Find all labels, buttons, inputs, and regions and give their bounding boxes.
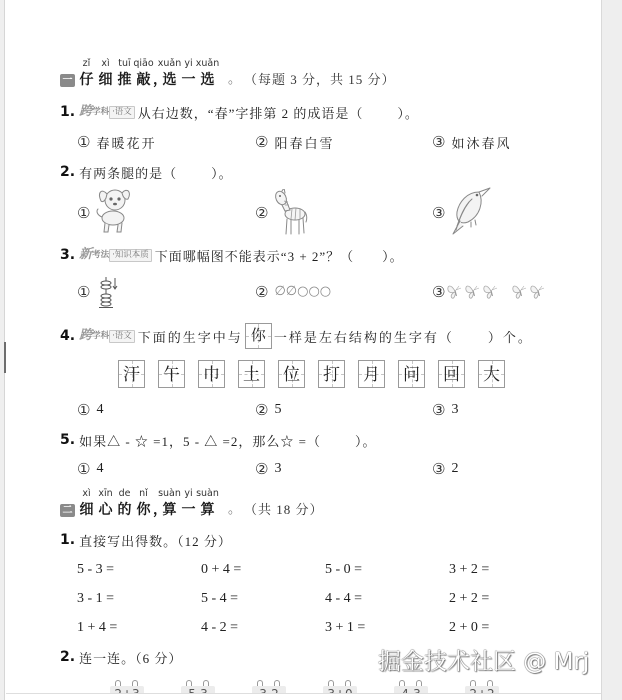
option-mark: ② <box>255 283 268 301</box>
question-close: ）。 <box>355 431 377 450</box>
pinyin: de <box>119 488 131 500</box>
heading-comma: ， <box>153 72 160 88</box>
bird-image <box>449 184 491 236</box>
heading-char: xì细 <box>77 502 96 518</box>
question-number: 2. <box>60 163 75 181</box>
calc-row: 1 + 4 = 4 - 2 = 3 + 1 = 2 + 0 = <box>77 619 573 648</box>
heading-period: 。 <box>228 72 242 88</box>
question-close: ）。 <box>211 163 233 182</box>
section-score: （每题 3 分，共 15 分） <box>244 72 396 88</box>
question-close: ）。 <box>397 103 419 122</box>
expression: 3 + 1 = <box>325 619 449 637</box>
option-text: 4 <box>96 460 103 478</box>
expression: 3 + 2 = <box>449 561 573 579</box>
character-box: 巾 <box>198 360 225 388</box>
option-1: ① 4 <box>77 401 103 419</box>
tag-label: ·语文 <box>109 330 135 343</box>
option-mark: ① <box>77 460 90 478</box>
character-box: 大 <box>478 360 505 388</box>
heading-char: yi一 <box>179 502 198 518</box>
subject-tag: 跨 学科 ·语文 <box>79 329 135 343</box>
question-text: 下面哪幅图不能表示“3 + 2”？（ <box>155 246 354 265</box>
question-number: 4. <box>60 327 75 345</box>
question-text: 一样是左右结构的生字有（ <box>274 327 454 346</box>
pinyin: zǐ <box>83 58 91 70</box>
calculation-grid: 5 - 3 = 0 + 4 = 5 - 0 = 3 + 2 = 3 - 1 = … <box>77 561 573 648</box>
zebra-image <box>272 189 308 235</box>
question-number: 3. <box>60 246 75 264</box>
question-text: 从右边数，“春”字排第 2 的成语是（ <box>138 103 364 122</box>
expression: 5 - 4 = <box>201 590 325 608</box>
option-1: ① 4 <box>77 460 103 478</box>
pinyin: yi <box>184 488 192 500</box>
heading-char: xuǎn选 <box>198 72 217 88</box>
option-mark: ③ <box>432 133 445 151</box>
pinyin: xīn <box>98 488 112 500</box>
heading-char: suàn算 <box>198 502 217 518</box>
expression: 2 + 2 = <box>449 590 573 608</box>
heading-char: xīn心 <box>96 502 115 518</box>
option-mark: ③ <box>432 204 445 222</box>
question-text: 直接写出得数。（12 分） <box>79 531 232 550</box>
section-2-question-2: 2. 连一连。（6 分） <box>60 648 182 666</box>
tag-glyph: 新 <box>79 248 92 262</box>
expression: 0 + 4 = <box>201 561 325 579</box>
option-2: ② 3 <box>255 460 281 478</box>
question-text: 如果△ - ☆ =1，5 - △ =2，那么☆ =（ <box>79 431 321 450</box>
pinyin: suàn <box>158 488 181 500</box>
expression: 4 - 4 = <box>325 590 449 608</box>
option-mark: ② <box>255 204 268 222</box>
expression: 2 + 0 = <box>449 619 573 637</box>
expression: 3 - 1 = <box>77 590 201 608</box>
character-box: 回 <box>438 360 465 388</box>
character-box: 土 <box>238 360 265 388</box>
pinyin: yi <box>184 58 192 70</box>
heading-char: xì细 <box>96 72 115 88</box>
section-2-question-1: 1. 直接写出得数。（12 分） <box>60 531 232 549</box>
option-mark: ① <box>77 283 90 301</box>
option-3: ③ 2 <box>432 460 458 478</box>
heading-period: 。 <box>228 502 242 518</box>
matching-cards: 2+3 5-3 3-2 3+0 4-3 2+2 <box>0 678 601 693</box>
question-text: 下面的生字中与 <box>138 327 243 346</box>
tag-label: ·语文 <box>109 106 135 119</box>
question-text: 连一连。（6 分） <box>79 648 182 667</box>
option-mark: ② <box>255 401 268 419</box>
option-mark: ② <box>255 460 268 478</box>
subject-tag: 跨 学科 ·语文 <box>79 105 135 119</box>
option-1: ① <box>77 283 96 301</box>
section-score: （共 18 分） <box>244 502 324 518</box>
option-mark: ③ <box>432 460 445 478</box>
pinyin: xuǎn <box>158 58 182 70</box>
question-3: 3. 新 考法 ·知识本质 下面哪幅图不能表示“3 + 2”？（ ）。 <box>60 246 404 264</box>
tag-glyph: 跨 <box>79 105 92 119</box>
question-number: 5. <box>60 431 75 449</box>
heading-char: suàn算 <box>160 502 179 518</box>
boxed-character: 你 <box>245 323 272 349</box>
expression-card: 5-3 <box>181 678 215 693</box>
option-text: 4 <box>96 401 103 419</box>
pinyin: xì <box>82 488 90 500</box>
pinyin: xuǎn <box>196 58 220 70</box>
heading-char: zǐ仔 <box>77 72 96 88</box>
option-text: 春暖花开 <box>96 133 156 152</box>
option-text: 3 <box>451 401 458 419</box>
heading-char: tuī推 <box>115 72 134 88</box>
option-text: 阳春白雪 <box>274 133 334 152</box>
tag-glyph: 跨 <box>79 329 92 343</box>
butterflies-image <box>447 284 553 300</box>
option-mark: ③ <box>432 401 445 419</box>
option-2: ② ∅∅○○○ <box>255 283 331 301</box>
circles-image: ∅∅○○○ <box>274 283 331 301</box>
option-mark: ③ <box>432 283 445 301</box>
option-mark: ① <box>77 133 90 151</box>
expression-card: 4-3 <box>394 678 428 693</box>
dog-image <box>93 186 133 234</box>
pinyin: suàn <box>196 488 219 500</box>
question-close: ）。 <box>382 246 404 265</box>
heading-char: qiāo敲 <box>134 72 153 88</box>
question-number: 1. <box>60 531 75 549</box>
question-5: 5. 如果△ - ☆ =1，5 - △ =2，那么☆ =（ ）。 <box>60 431 376 449</box>
option-text: 2 <box>451 460 458 478</box>
right-side-panel <box>601 0 622 700</box>
character-box: 位 <box>278 360 305 388</box>
option-2: ② 5 <box>255 401 281 419</box>
pinyin: tuī <box>118 58 130 70</box>
option-mark: ② <box>255 133 268 151</box>
option-mark: ① <box>77 401 90 419</box>
tag-subtitle: 考法 <box>92 248 109 262</box>
heading-char: nǐ你 <box>134 502 153 518</box>
option-mark: ① <box>77 204 90 222</box>
question-number: 1. <box>60 103 75 121</box>
tag-label: ·知识本质 <box>109 249 152 262</box>
section-1-heading: 一 zǐ仔 xì细 tuī推 qiāo敲 ， xuǎn选 yi一 xuǎn选 。… <box>60 72 396 88</box>
question-4: 4. 跨 学科 ·语文 下面的生字中与 你 一样是左右结构的生字有（ ）个。 <box>60 322 533 350</box>
option-text: 如沐春风 <box>451 133 511 152</box>
character-box: 问 <box>398 360 425 388</box>
watermark: 掘金技术社区 @ Mrj <box>378 647 589 677</box>
character-box: 汗 <box>118 360 145 388</box>
expression-card: 3+0 <box>323 678 357 693</box>
option-3: ③ 3 <box>432 401 458 419</box>
calc-row: 5 - 3 = 0 + 4 = 5 - 0 = 3 + 2 = <box>77 561 573 590</box>
option-1: ① 春暖花开 <box>77 133 156 151</box>
expression: 4 - 2 = <box>201 619 325 637</box>
pinyin: qiāo <box>133 58 153 70</box>
pinyin: nǐ <box>139 488 148 500</box>
subject-tag: 新 考法 ·知识本质 <box>79 248 152 262</box>
heading-char: xuǎn选 <box>160 72 179 88</box>
expression: 5 - 0 = <box>325 561 449 579</box>
question-2: 2. 有两条腿的是（ ）。 <box>60 163 233 181</box>
abacus-image <box>99 276 119 310</box>
question-close: ）个。 <box>488 327 533 346</box>
heading-comma: ， <box>153 502 160 518</box>
character-boxes: 汗 午 巾 土 位 打 月 问 回 大 <box>118 360 505 388</box>
expression: 5 - 3 = <box>77 561 201 579</box>
heading-char: yi一 <box>179 72 198 88</box>
question-1: 1. 跨 学科 ·语文 从右边数，“春”字排第 2 的成语是（ ）。 <box>60 103 419 121</box>
character-box: 月 <box>358 360 385 388</box>
section-2-heading: 二 xì细 xīn心 de的 nǐ你 ， suàn算 yi一 suàn算 。 （… <box>60 502 324 518</box>
expression-card: 2+2 <box>465 678 499 693</box>
section-marker-icon: 二 <box>60 504 75 517</box>
option-text: 3 <box>274 460 281 478</box>
question-number: 2. <box>60 648 75 666</box>
character-box: 打 <box>318 360 345 388</box>
section-marker-icon: 一 <box>60 74 75 87</box>
pinyin: xì <box>101 58 109 70</box>
option-text: 5 <box>274 401 281 419</box>
option-3: ③ 如沐春风 <box>432 133 511 151</box>
expression: 1 + 4 = <box>77 619 201 637</box>
heading-char: de的 <box>115 502 134 518</box>
question-text: 有两条腿的是（ <box>79 163 177 182</box>
expression-card: 3-2 <box>252 678 286 693</box>
expression-card: 2+3 <box>110 678 144 693</box>
tag-subtitle: 学科 <box>92 105 109 119</box>
option-2: ② 阳春白雪 <box>255 133 334 151</box>
tag-subtitle: 学科 <box>92 329 109 343</box>
calc-row: 3 - 1 = 5 - 4 = 4 - 4 = 2 + 2 = <box>77 590 573 619</box>
character-box: 午 <box>158 360 185 388</box>
